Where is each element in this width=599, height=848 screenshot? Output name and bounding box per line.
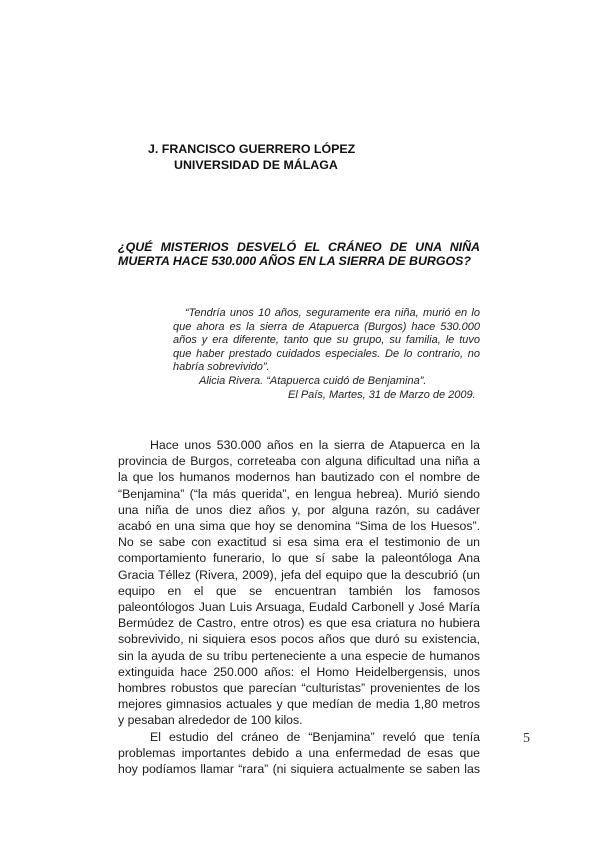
document-page: J. FRANCISCO GUERRERO LÓPEZ UNIVERSIDAD …	[0, 0, 599, 848]
body-line: extinguida hace 250.000 años: el Homo He…	[118, 664, 480, 680]
body-line: mejores gimnasios actuales y que medían …	[118, 696, 480, 712]
body-line: la que los humanos modernos han bautizad…	[118, 469, 480, 485]
body-line: y pesaban alrededor de 100 kilos.	[118, 712, 480, 728]
title-line: ¿QUÉ MISTERIOS DESVELÓ EL CRÁNEO DE UNA …	[118, 240, 480, 254]
body-line: sin la ayuda de su tribu perteneciente a…	[118, 648, 480, 664]
epigraph-line: “Tendría unos 10 años, seguramente era n…	[173, 307, 480, 321]
body-line: hombres robustos que parecían “culturist…	[118, 680, 480, 696]
epigraph: “Tendría unos 10 años, seguramente era n…	[173, 307, 480, 402]
epigraph-line: que haber prestado cuidados especiales. …	[173, 348, 480, 362]
body-line: “Benjamina” (“la más querida”, en lengua…	[118, 486, 480, 502]
body-line: sobrevivido, ni siquiera esos pocos años…	[118, 631, 480, 647]
body-line: una niña de unos diez años y, por alguna…	[118, 502, 480, 518]
epigraph-line: habría sobrevivido”.	[173, 361, 480, 375]
body-line: comportamiento funerario, lo que sí sabe…	[118, 550, 480, 566]
body-line: Bermúdez de Castro, entre otros) es que …	[118, 615, 480, 631]
body-line: Hace unos 530.000 años en la sierra de A…	[118, 437, 480, 453]
author-block: J. FRANCISCO GUERRERO LÓPEZ UNIVERSIDAD …	[148, 141, 355, 173]
body-line: provincia de Burgos, correteaba con algu…	[118, 453, 480, 469]
body-line: problemas importantes debido a una enfer…	[118, 745, 480, 761]
author-name: J. FRANCISCO GUERRERO LÓPEZ	[148, 142, 355, 156]
body-line: paleontólogos Juan Luis Arsuaga, Eudald …	[118, 599, 480, 615]
author-affiliation: UNIVERSIDAD DE MÁLAGA	[148, 157, 355, 173]
article-title: ¿QUÉ MISTERIOS DESVELÓ EL CRÁNEO DE UNA …	[118, 240, 480, 268]
body-line: hoy podíamos llamar “rara” (ni siquiera …	[118, 761, 480, 777]
epigraph-line: que ahora es la sierra de Atapuerca (Bur…	[173, 321, 480, 335]
body-line: No se sabe con exactitud si esa sima era…	[118, 534, 480, 550]
title-line: MUERTA HACE 530.000 AÑOS EN LA SIERRA DE…	[118, 254, 480, 268]
body-line: El estudio del cráneo de “Benjamina” rev…	[118, 729, 480, 745]
body-line: acabó en una sima que hoy se denomina “S…	[118, 518, 480, 534]
epigraph-attribution: Alicia Rivera. “Atapuerca cuidó de Benja…	[173, 375, 480, 389]
body-line: Gracia Téllez (Rivera, 2009), jefa del e…	[118, 567, 480, 583]
epigraph-line: años y era diferente, tanto que su grupo…	[173, 334, 480, 348]
page-number: 5	[523, 731, 530, 747]
body-line: equipo en el que se encuentran también l…	[118, 583, 480, 599]
body-text: Hace unos 530.000 años en la sierra de A…	[118, 437, 480, 777]
epigraph-source: El País, Martes, 31 de Marzo de 2009.	[173, 389, 480, 403]
